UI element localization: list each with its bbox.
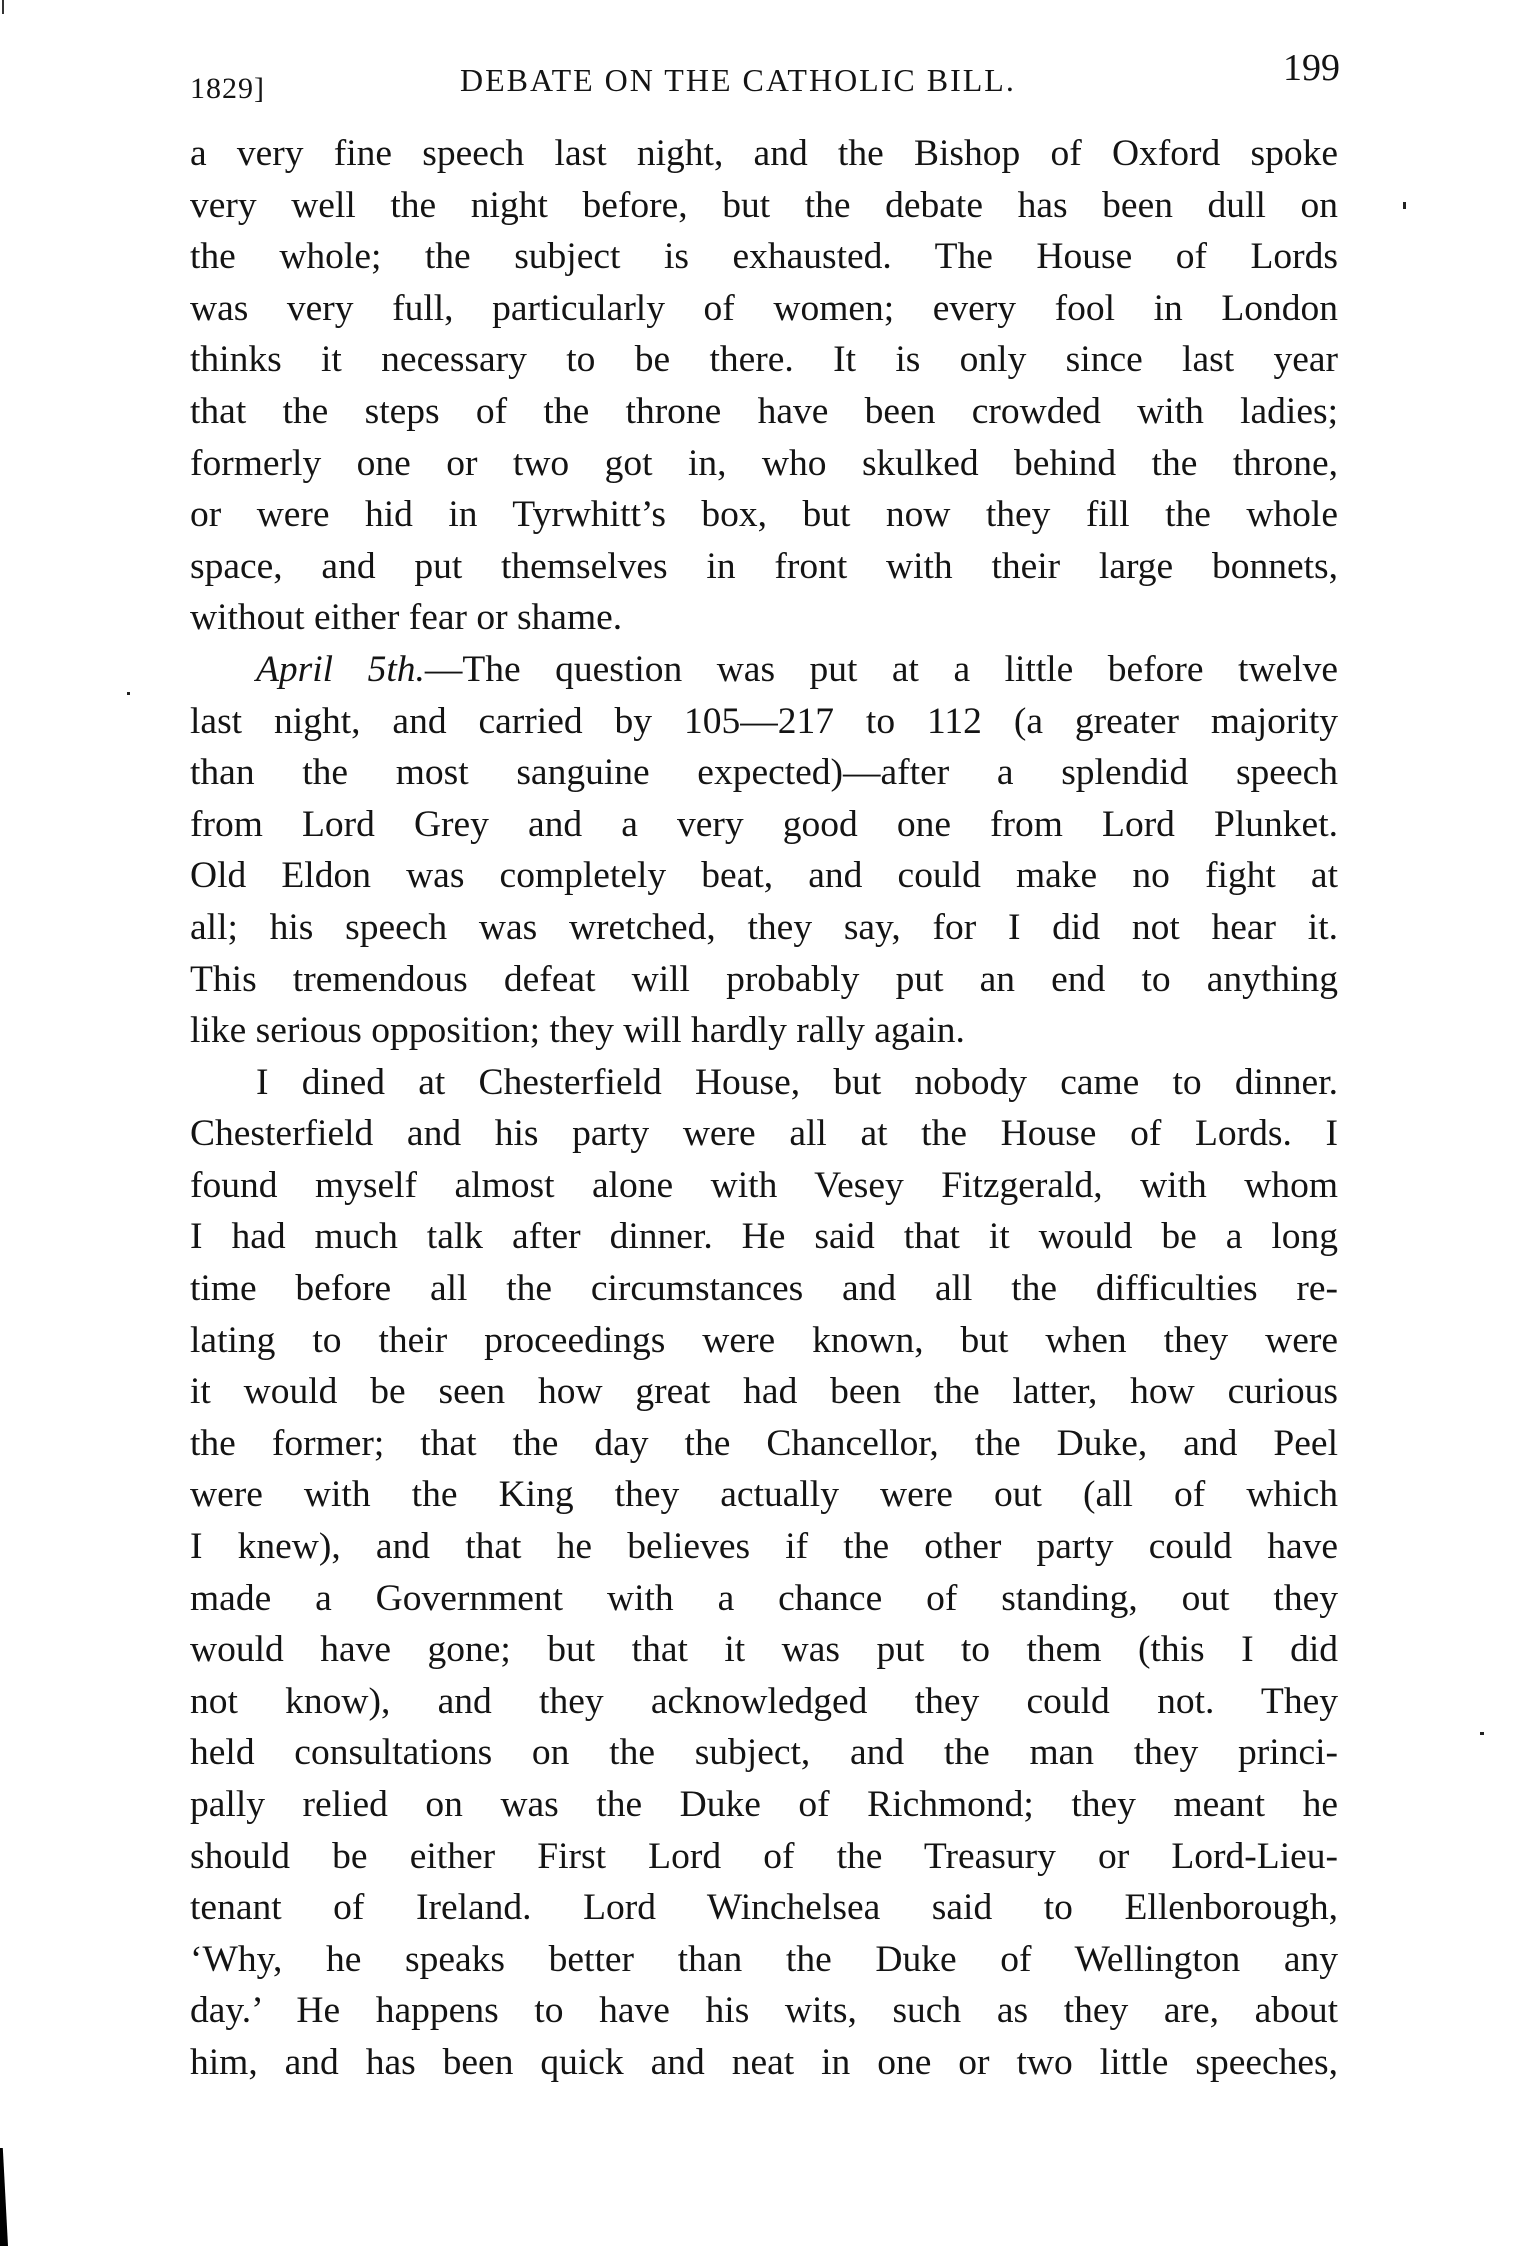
print-speck [1480,1732,1484,1735]
date-label: April 5th. [256,649,425,690]
text-line: not know), and they acknowledged they co… [190,1676,1338,1728]
text-line: pally relied on was the Duke of Richmond… [190,1779,1338,1831]
text-line: found myself almost alone with Vesey Fit… [190,1160,1338,1212]
print-speck [127,692,130,695]
text-line: were with the King they actually were ou… [190,1469,1338,1521]
text-line: thinks it necessary to be there. It is o… [190,334,1338,386]
text-line: would have gone; but that it was put to … [190,1624,1338,1676]
text-line: space, and put themselves in front with … [190,541,1338,593]
text-line: a very fine speech last night, and the B… [190,128,1338,180]
text-line: all; his speech was wretched, they say, … [190,902,1338,954]
text-line: lating to their proceedings were known, … [190,1315,1338,1367]
text-line: ‘Why, he speaks better than the Duke of … [190,1934,1338,1986]
book-page: 1829] DEBATE ON THE CATHOLIC BILL. 199 a… [0,0,1536,2246]
text-line: held consultations on the subject, and t… [190,1727,1338,1779]
text-line: should be either First Lord of the Treas… [190,1831,1338,1883]
text-line: I had much talk after dinner. He said th… [190,1211,1338,1263]
scan-edge-shadow [0,2148,8,2246]
text-line: time before all the circumstances and al… [190,1263,1338,1315]
text-line: than the most sanguine expected)—after a… [190,747,1338,799]
text-line: from Lord Grey and a very good one from … [190,799,1338,851]
running-head-year: 1829] [190,72,265,106]
paragraph-1: a very fine speech last night, and the B… [190,128,1338,644]
text-line: tenant of Ireland. Lord Winchelsea said … [190,1882,1338,1934]
paragraph-2: April 5th.—The question was put at a lit… [190,644,1338,1057]
text-line: like serious opposition; they will hardl… [190,1005,1338,1057]
text-line: without either fear or shame. [190,592,1338,644]
text-line: Old Eldon was completely beat, and could… [190,850,1338,902]
text-line: the whole; the subject is exhausted. The… [190,231,1338,283]
text-line: the former; that the day the Chancellor,… [190,1418,1338,1470]
running-head: 1829] DEBATE ON THE CATHOLIC BILL. 199 [190,46,1340,116]
text-line: day.’ He happens to have his wits, such … [190,1985,1338,2037]
text-line-rest: —The question was put at a little before… [425,649,1338,690]
text-line: or were hid in Tyrwhitt’s box, but now t… [190,489,1338,541]
text-line: very well the night before, but the deba… [190,180,1338,232]
text-line: last night, and carried by 105—217 to 11… [190,696,1338,748]
text-line: Chesterfield and his party were all at t… [190,1108,1338,1160]
text-line-dated: April 5th.—The question was put at a lit… [190,644,1338,696]
paragraph-3: I dined at Chesterfield House, but nobod… [190,1057,1338,2089]
text-line: was very full, particularly of women; ev… [190,283,1338,335]
body-text: a very fine speech last night, and the B… [190,128,1338,2089]
scan-edge-mark [2,0,4,14]
text-line: that the steps of the throne have been c… [190,386,1338,438]
text-line: I knew), and that he believes if the oth… [190,1521,1338,1573]
running-head-title: DEBATE ON THE CATHOLIC BILL. [460,62,1016,99]
text-line: made a Government with a chance of stand… [190,1573,1338,1625]
text-line: I dined at Chesterfield House, but nobod… [190,1057,1338,1109]
text-line: formerly one or two got in, who skulked … [190,438,1338,490]
text-line: This tremendous defeat will probably put… [190,954,1338,1006]
text-line: it would be seen how great had been the … [190,1366,1338,1418]
print-speck [1403,202,1406,209]
text-line: him, and has been quick and neat in one … [190,2037,1338,2089]
page-number: 199 [1283,46,1340,90]
